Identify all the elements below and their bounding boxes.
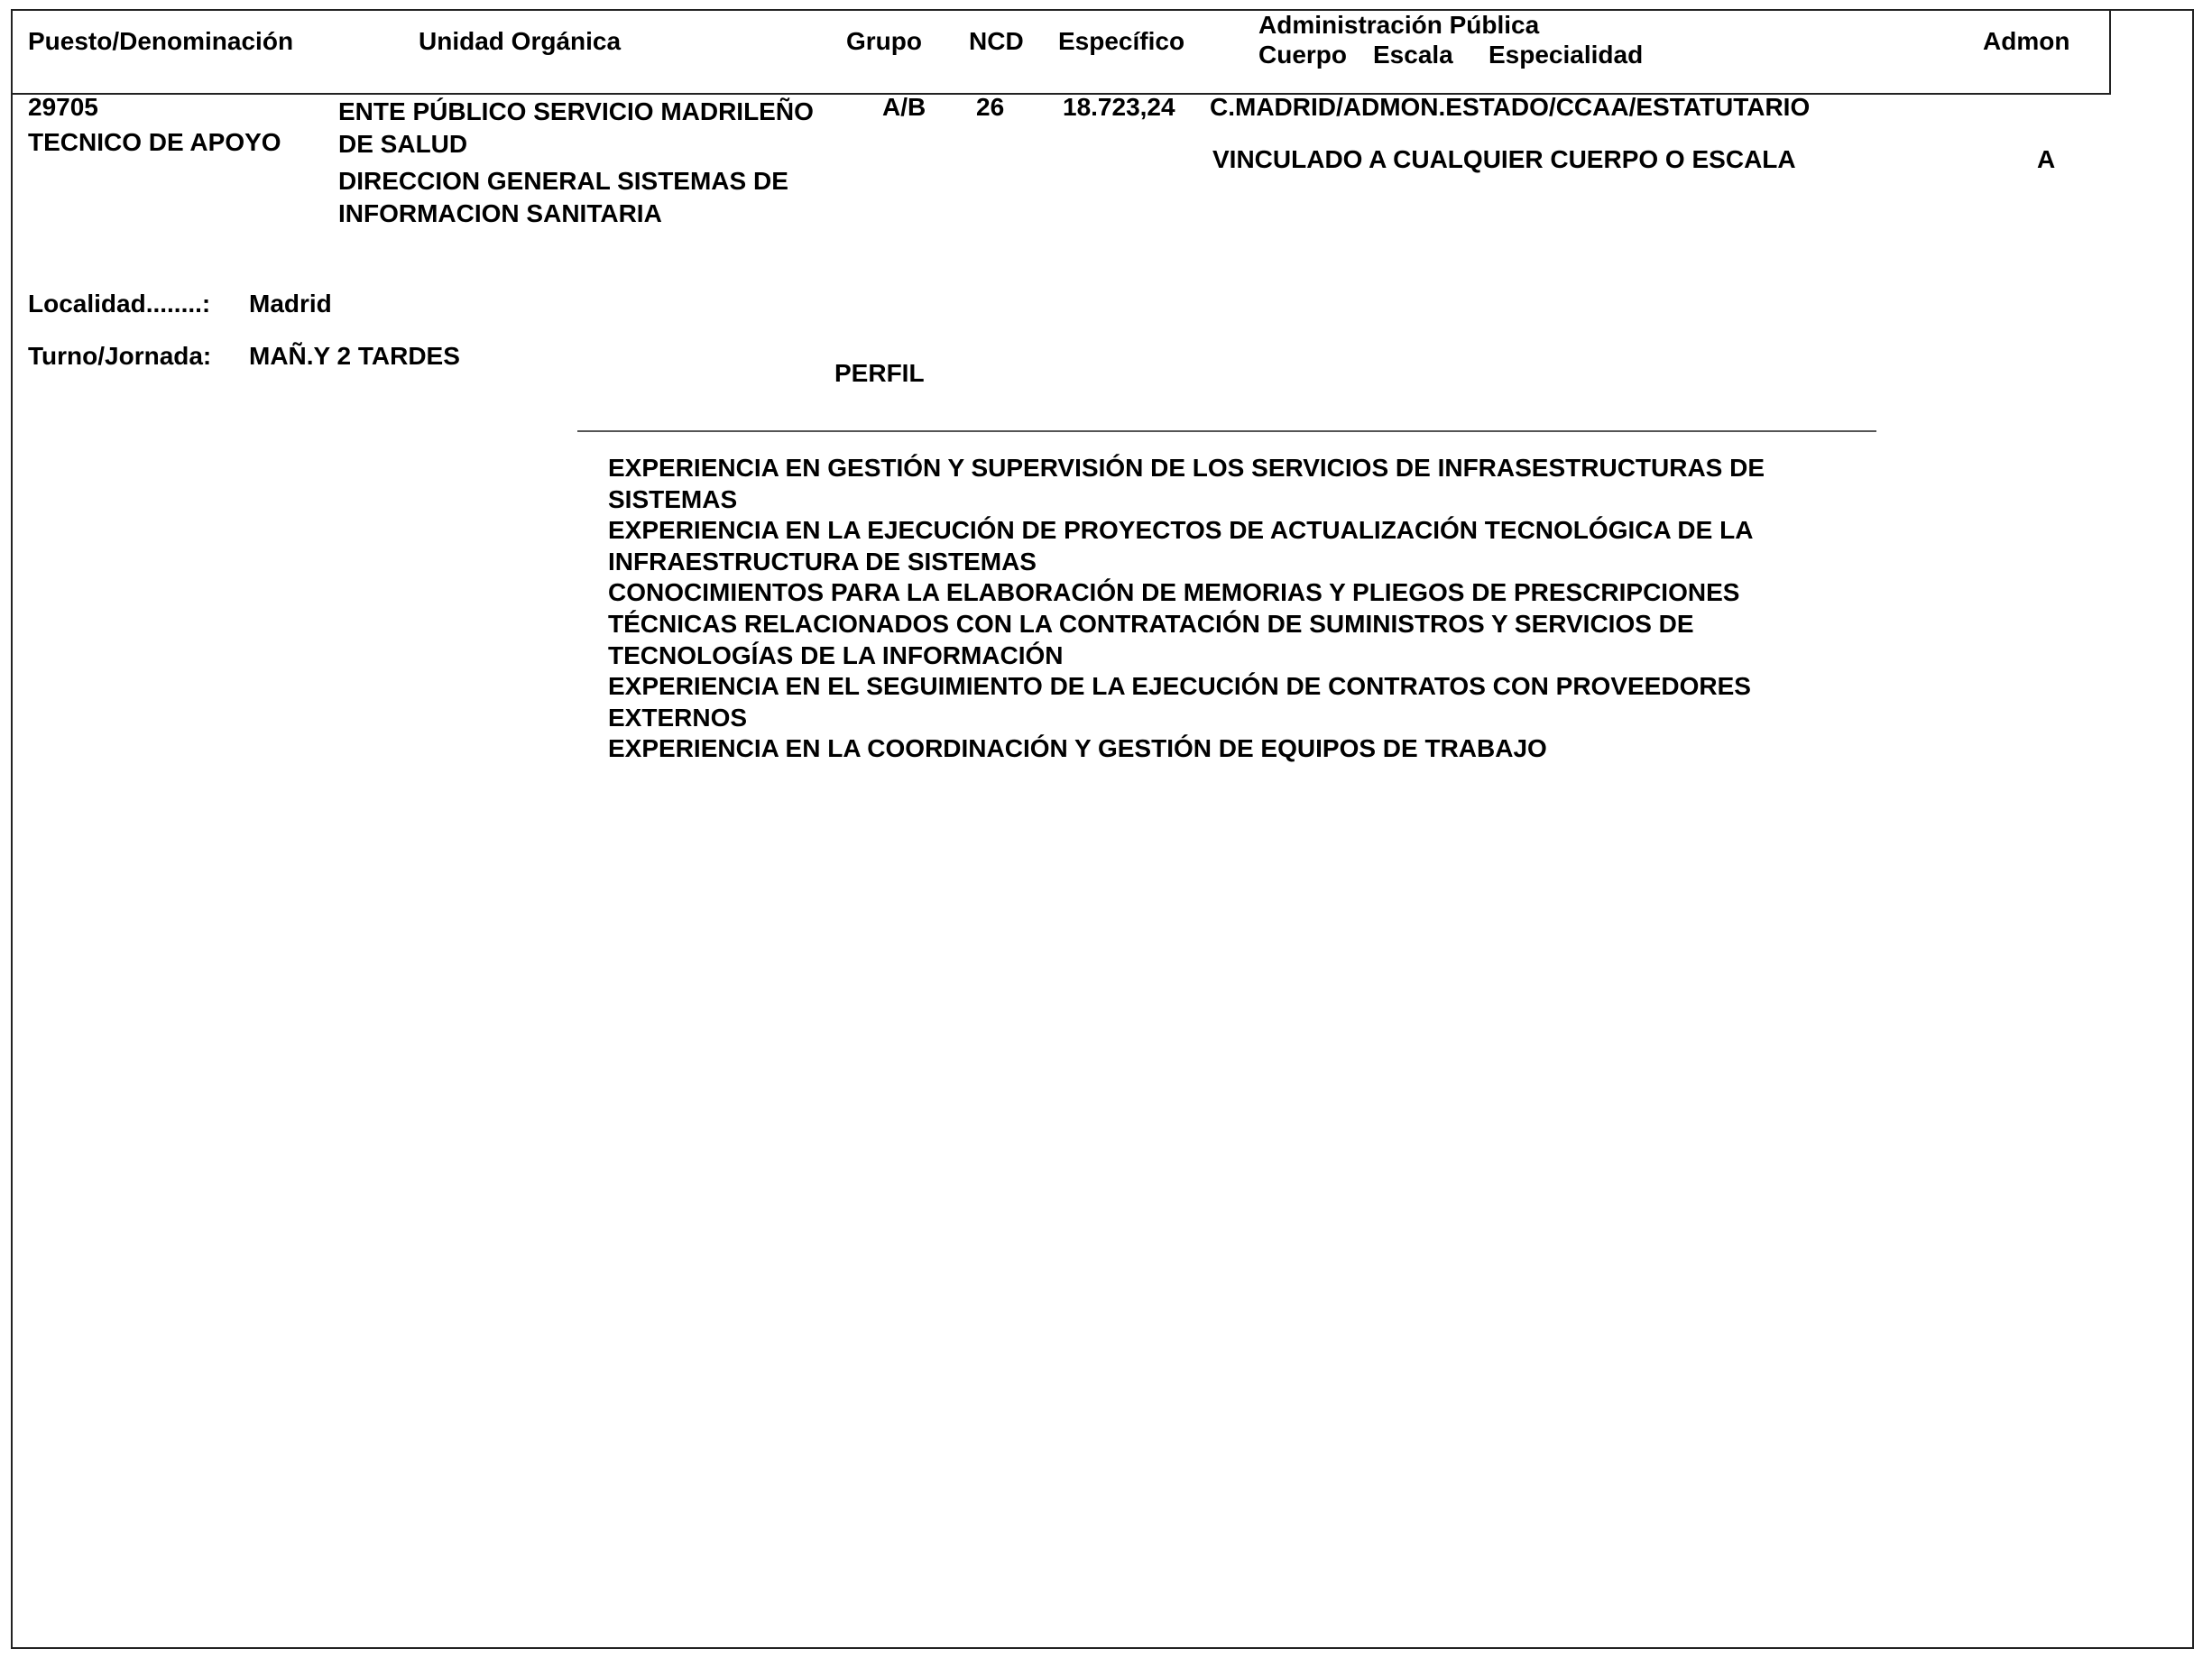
puesto-codigo: 29705 <box>28 92 98 123</box>
unidad-organica-line-4: INFORMACION SANITARIA <box>338 198 662 229</box>
perfil-line: EXPERIENCIA EN EL SEGUIMIENTO DE LA EJEC… <box>608 671 1889 703</box>
turno-value: MAÑ.Y 2 TARDES <box>249 341 460 372</box>
perfil-list: EXPERIENCIA EN GESTIÓN Y SUPERVISIÓN DE … <box>608 453 1889 765</box>
unidad-organica-line-1: ENTE PÚBLICO SERVICIO MADRILEÑO <box>338 97 814 127</box>
header-cuerpo: Cuerpo <box>1258 41 1347 69</box>
header-escala: Escala <box>1373 41 1453 69</box>
perfil-line: SISTEMAS <box>608 484 1889 516</box>
perfil-line: INFRAESTRUCTURA DE SISTEMAS <box>608 547 1889 578</box>
cuerpo-escala-value: VINCULADO A CUALQUIER CUERPO O ESCALA <box>1212 144 1796 175</box>
puesto-denominacion: TECNICO DE APOYO <box>28 127 281 158</box>
perfil-line: EXPERIENCIA EN LA EJECUCIÓN DE PROYECTOS… <box>608 515 1889 547</box>
perfil-line: TÉCNICAS RELACIONADOS CON LA CONTRATACIÓ… <box>608 609 1889 640</box>
admon-value: A <box>2037 144 2055 175</box>
unidad-organica-line-2: DE SALUD <box>338 129 467 160</box>
header-unidad: Unidad Orgánica <box>419 27 621 56</box>
header-puesto: Puesto/Denominación <box>28 27 293 56</box>
perfil-divider <box>577 430 1876 432</box>
header-especialidad: Especialidad <box>1488 41 1643 69</box>
perfil-title: PERFIL <box>834 358 925 389</box>
perfil-line: CONOCIMIENTOS PARA LA ELABORACIÓN DE MEM… <box>608 577 1889 609</box>
localidad-label: Localidad........: <box>28 289 210 319</box>
header-admon: Admon <box>1983 27 2069 56</box>
perfil-line: TECNOLOGÍAS DE LA INFORMACIÓN <box>608 640 1889 672</box>
localidad-value: Madrid <box>249 289 332 319</box>
turno-label: Turno/Jornada: <box>28 341 211 372</box>
header-ncd: NCD <box>969 27 1024 56</box>
perfil-line: EXPERIENCIA EN GESTIÓN Y SUPERVISIÓN DE … <box>608 453 1889 484</box>
perfil-line: EXTERNOS <box>608 703 1889 734</box>
perfil-line: EXPERIENCIA EN LA COORDINACIÓN Y GESTIÓN… <box>608 733 1889 765</box>
header-especifico: Específico <box>1058 27 1184 56</box>
page-frame <box>11 9 2194 1649</box>
unidad-organica-line-3: DIRECCION GENERAL SISTEMAS DE <box>338 166 788 197</box>
especifico-value: 18.723,24 <box>1063 92 1175 123</box>
header-grupo: Grupo <box>846 27 922 56</box>
header-admin-publica: Administración Pública <box>1258 11 1539 40</box>
administracion-value: C.MADRID/ADMON.ESTADO/CCAA/ESTATUTARIO <box>1210 92 1810 123</box>
grupo-value: A/B <box>882 92 926 123</box>
ncd-value: 26 <box>976 92 1004 123</box>
